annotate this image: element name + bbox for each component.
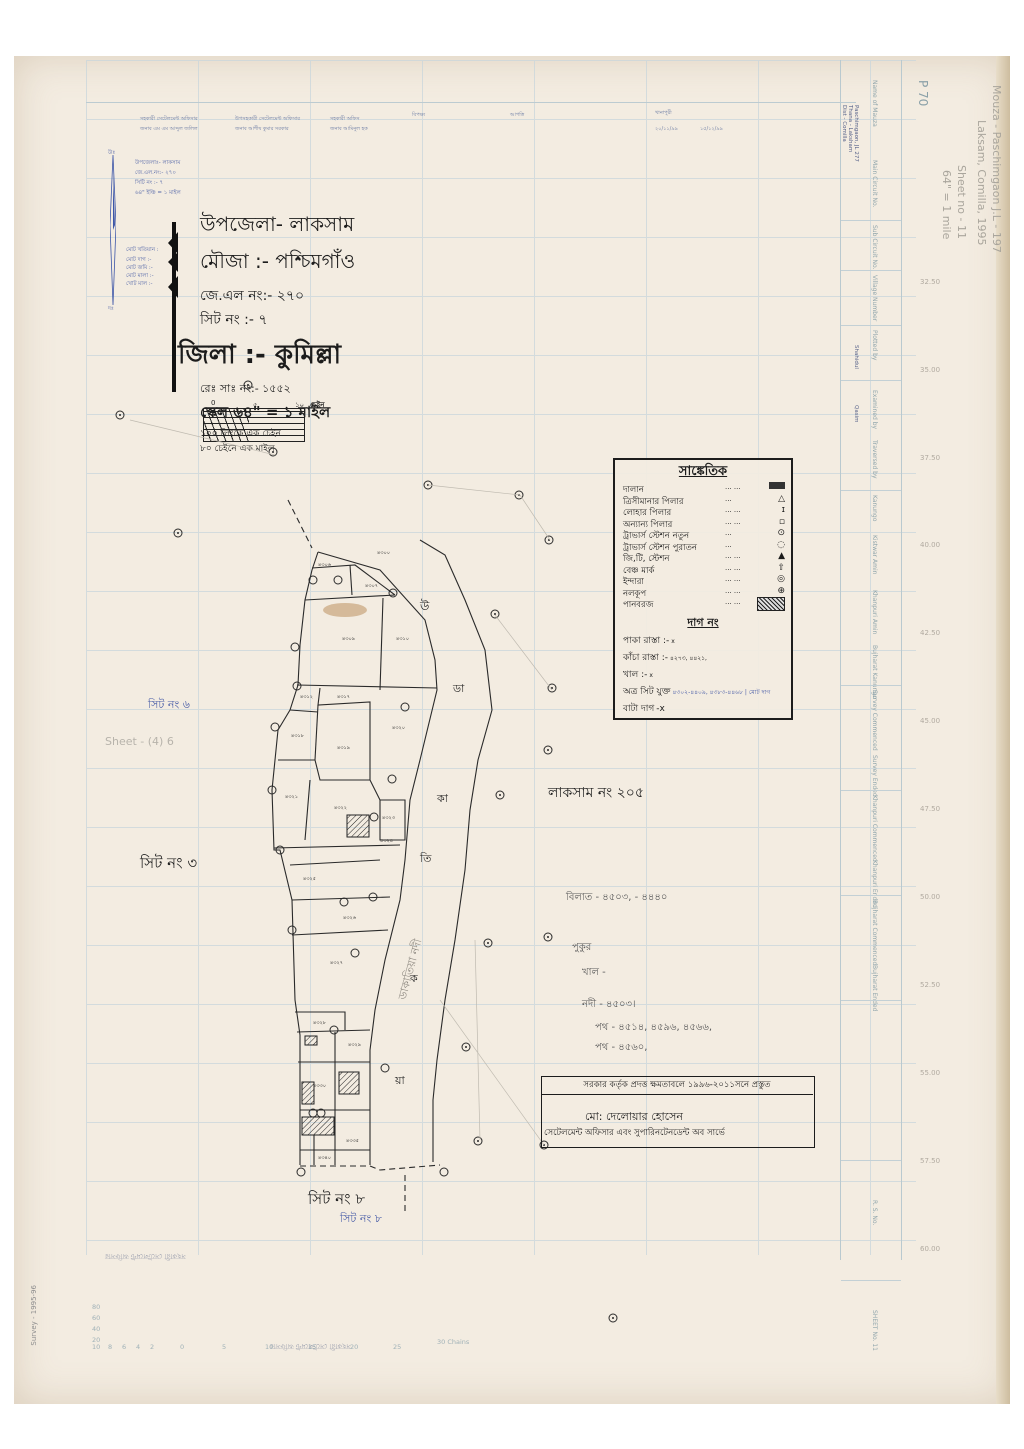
river-label: উ	[420, 598, 429, 618]
bench-mark-icon: ⇧	[777, 563, 785, 573]
bottom-scale-num: 10	[92, 1343, 100, 1351]
bottom-scale-num: 6	[122, 1343, 126, 1351]
adjacent-sheet-3: সিট নং ৩	[140, 852, 197, 877]
plot-number: ৪৩২২	[334, 805, 347, 813]
traverse-new-icon: ⊙	[777, 528, 785, 538]
handnote-nodi: নদী - ৪৫০৩।	[582, 997, 636, 1014]
plot-number: ৪৩২৫	[303, 876, 316, 884]
plot-number: ৪৩১৯	[337, 745, 350, 753]
bottom-scale-num: 80	[92, 1303, 100, 1311]
handnote-pukur: পুকুর	[572, 940, 591, 957]
plot-number: ৪৩২০	[392, 725, 405, 733]
bottom-scale-num: 60	[92, 1314, 100, 1322]
legend-item-well: ইন্দারা... ...◎	[615, 575, 791, 587]
plot-number: ৪৩৪০	[318, 1155, 331, 1163]
bottom-scale-num: 4	[136, 1343, 140, 1351]
adjacent-sheet-6: সিট নং ৬	[148, 696, 190, 715]
building-icon	[769, 482, 785, 489]
legend-item-gt-station: জি,টি, স্টেশন... ...▲	[615, 552, 791, 564]
legend-item-bench-mark: বেঞ্চ মার্ক... ...⇧	[615, 564, 791, 576]
legend-item-other-pillar: অন্যান্য পিলার... ...▫	[615, 518, 791, 530]
plot-number: ৪৩৩৫	[346, 1138, 359, 1146]
handnote-bil: বিলাত - ৪৫০৩, - ৪৪৪০	[566, 890, 667, 907]
river-label: কা	[437, 790, 448, 809]
legend-dag-sheet-total: অত্র সিট যুক্ত৪৩০২-৪৪০৯, ৪৩৮৩-৪৪৬৮ | মোট…	[615, 684, 791, 701]
bottom-scale-num: 25	[393, 1343, 401, 1351]
river-label: তি	[420, 850, 431, 869]
bottom-scale-num: 5	[222, 1343, 226, 1351]
triangle-icon: △	[778, 494, 785, 504]
gt-station-icon: ▲	[778, 551, 785, 561]
river-label: য়া	[395, 1072, 405, 1091]
bottom-scale-num: 20	[350, 1343, 358, 1351]
plot-number: ৪৩২৪	[380, 838, 393, 846]
plot-number: ৪৩০৬	[318, 562, 331, 570]
plot-number: ৪৩১২	[300, 694, 313, 702]
legend-title: সাঙ্কেতিক	[615, 462, 791, 483]
officer-role: সেটেলমেন্ট অফিসার এবং সুপারিনটেনডেন্ট অব…	[544, 1126, 725, 1140]
bottom-scale-num: 30 Chains	[437, 1338, 469, 1346]
legend-box: সাঙ্কেতিক দালান... ... ত্রিসীমানার পিলার…	[613, 458, 793, 720]
well-icon: ◎	[777, 574, 785, 584]
officer-name: মো: দেলোয়ার হোসেন	[585, 1108, 683, 1127]
bottom-scale-num: 0	[180, 1343, 184, 1351]
legend-item-betel-garden: পানবরজ... ...	[615, 598, 791, 610]
tubewell-icon: ⊕	[777, 586, 785, 596]
plot-number: ৪৩০৭	[365, 583, 378, 591]
handnote-path-1: পথ - ৪৫১৪, ৪৫৯৬, ৪৫৬৬,	[595, 1020, 712, 1037]
plot-number: ৪৩১০	[396, 636, 409, 644]
betel-garden-icon	[757, 597, 785, 611]
legend-dag-katcha-road: কাঁচা রাস্তা :-৪২৭৩, ৪৪২১,	[615, 650, 791, 667]
legend-item-iron-pillar: লোহার পিলার... ...ɪ	[615, 506, 791, 518]
survey-year-note: Survey - 1995-96	[30, 1285, 38, 1346]
adjacent-sheet-8-blue: সিট নং ৮	[340, 1210, 382, 1229]
legend-item-building: দালান... ...	[615, 483, 791, 495]
legend-item-traverse-old: ট্রাভার্স স্টেশন পুরাতন...◌	[615, 541, 791, 553]
traverse-old-icon: ◌	[777, 540, 785, 550]
bottom-scale-num: 10	[265, 1343, 273, 1351]
bottom-scale-num: 8	[108, 1343, 112, 1351]
legend-item-traverse-new: ট্রাভার্স স্টেশন নতুন...⊙	[615, 529, 791, 541]
iron-pillar-icon: ɪ	[782, 505, 785, 515]
legend-dag-canal: খাল :-x	[615, 667, 791, 684]
bottom-scale-num: 40	[92, 1325, 100, 1333]
plot-number: ৪৩০০	[377, 550, 390, 558]
pencil-sheet-6: Sheet - (4) 6	[105, 735, 174, 748]
square-pillar-icon: ▫	[779, 517, 785, 527]
plot-number: ৪৩২১	[285, 794, 298, 802]
plot-number: ৪৩০৯	[342, 636, 355, 644]
bottom-scale-num: 2	[150, 1343, 154, 1351]
plot-number: ৪৩৩০	[313, 1083, 326, 1091]
handnote-khal: খাল -	[582, 965, 606, 982]
plot-number: ৪৩১৮	[291, 733, 304, 741]
bottom-note: সহকারী সেটেলমেন্ট অফিসার	[105, 1250, 186, 1262]
river-label: ডা	[453, 680, 464, 699]
bottom-scale-num: 15	[308, 1343, 316, 1351]
handnote-path-2: পথ - ৪৫৬০,	[595, 1040, 647, 1057]
plot-number: ৪৩২৮	[313, 1020, 326, 1028]
plot-number: ৪৩২৩	[382, 815, 395, 823]
plot-number: ৪৩২৯	[348, 1042, 361, 1050]
legend-dag-pucca-road: পাকা রাস্তা :-x	[615, 633, 791, 650]
legend-dag-bata: বাটা দাগ-x	[615, 701, 791, 718]
legend-item-tri-pillar: ত্রিসীমানার পিলার...△	[615, 495, 791, 507]
legend-dag-title: দাগ নং	[615, 614, 791, 633]
plot-number: ৪৩১৭	[337, 694, 350, 702]
certificate-statement: সরকার কর্তৃক প্রদত্ত ক্ষমতাবলে ১৯৯৬-২০১১…	[541, 1076, 813, 1095]
adjacent-mouza: লাকসাম নং ২০৫	[548, 781, 644, 805]
plot-number: ৪৩২৭	[330, 960, 343, 968]
plot-number: ৪৩২৬	[343, 915, 356, 923]
cadastral-map	[0, 0, 1024, 1449]
